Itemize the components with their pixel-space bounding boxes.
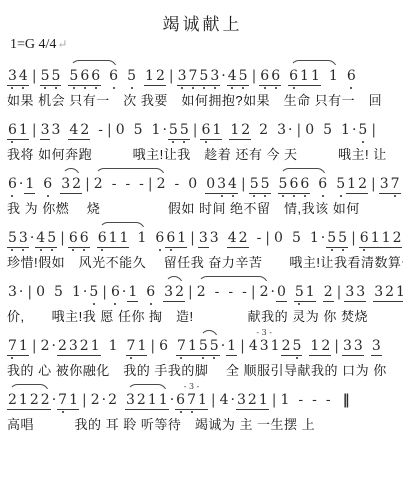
beam-group: 3753 xyxy=(177,68,221,86)
note: 2 xyxy=(57,338,68,354)
note: 4 xyxy=(227,176,238,192)
note: 2 xyxy=(281,338,292,354)
note: 1 xyxy=(18,392,29,408)
note: 3 xyxy=(344,284,355,300)
beam-group: 3 xyxy=(371,338,382,356)
note: 6 xyxy=(154,230,165,246)
note: 2 xyxy=(323,284,334,300)
note: 4 xyxy=(219,392,230,408)
note: 5 xyxy=(68,68,79,84)
barline: | xyxy=(29,68,40,84)
beam-group: 71 xyxy=(126,338,148,356)
beam-group: 37 xyxy=(379,176,401,194)
note: 5 xyxy=(238,68,249,84)
music-line: 2122·71|2·23211·671|4·321|1---‖ xyxy=(7,379,398,417)
note: 1 xyxy=(136,230,147,246)
notation-system: 61|3342-|051·55|611223·|051·5| 我将 如何奔跑 哦… xyxy=(7,109,398,162)
note: - xyxy=(256,230,263,246)
note: 2 xyxy=(79,122,90,138)
note: 3 xyxy=(163,284,174,300)
slur-group: 3211 xyxy=(125,392,169,410)
beam-group: 12 xyxy=(144,68,166,86)
beam-group: 53 xyxy=(7,230,29,248)
note: 6 xyxy=(175,392,186,408)
slur-group: 2---|2 xyxy=(93,176,167,192)
slur-group: 5666 xyxy=(278,176,329,194)
beam-group: 71 xyxy=(176,338,198,356)
note: 5 xyxy=(198,338,209,354)
note: - xyxy=(311,392,318,408)
song-title: 竭诚献上 xyxy=(7,10,398,35)
beam-group: 55 xyxy=(40,68,62,86)
note: 2 xyxy=(196,284,207,300)
note: 1 xyxy=(309,230,320,246)
note: 2 xyxy=(71,176,82,192)
triplet-group: 431 xyxy=(248,338,281,354)
beam-group: 1 xyxy=(24,176,35,194)
note: - xyxy=(325,392,332,408)
barline: | xyxy=(293,122,304,138)
beam-group: 42 xyxy=(227,230,249,248)
beam-group: 25 xyxy=(281,338,303,356)
note: 5 xyxy=(46,230,57,246)
note: 2 xyxy=(136,392,147,408)
lyrics-line: 珍惜!假如 风光不能久 留任我 奋力辛苦 哦主!让我看清数算代 xyxy=(7,255,398,270)
beam-group: 32 xyxy=(163,284,185,302)
beam-group: 611 xyxy=(288,68,321,86)
beam-group: 1 xyxy=(226,338,237,356)
beam-group: 55 xyxy=(198,338,220,356)
beam-group: 55 xyxy=(168,122,190,140)
note: 2 xyxy=(107,392,118,408)
barline: | xyxy=(208,392,219,408)
note: 5 xyxy=(292,338,303,354)
note: 0 xyxy=(187,176,198,192)
note: 0 xyxy=(273,230,284,246)
note: 2 xyxy=(258,122,269,138)
note: 3 xyxy=(50,122,61,138)
note: 1 xyxy=(127,284,138,300)
note: 5 xyxy=(179,122,190,138)
note: 1 xyxy=(346,176,357,192)
beam-group: 671 xyxy=(175,392,208,410)
note: 7 xyxy=(188,68,199,84)
note: 6 xyxy=(7,122,18,138)
beam-group: 71 xyxy=(7,338,29,356)
beam-group: 0 xyxy=(276,284,287,302)
note: 6 xyxy=(270,68,281,84)
note: 7 xyxy=(186,392,197,408)
note: 3 xyxy=(342,338,353,354)
note: 3 xyxy=(68,338,79,354)
slur-group: 6111 xyxy=(97,230,148,248)
note: 6 xyxy=(165,230,176,246)
note: 0 xyxy=(35,284,46,300)
beam-group: 3211 xyxy=(125,392,169,410)
barline: | xyxy=(348,230,359,246)
beam-group: 12 xyxy=(309,338,331,356)
note: 6 xyxy=(79,68,90,84)
note: 1 xyxy=(147,392,158,408)
note: 1 xyxy=(24,176,35,192)
slur-group: 5666 xyxy=(68,68,119,86)
beam-group: 51 xyxy=(294,284,316,302)
note: - xyxy=(297,392,304,408)
note: 6 xyxy=(108,68,119,84)
beam-group: 34 xyxy=(7,68,29,86)
beam-group: 611 xyxy=(97,230,130,248)
note: 1 xyxy=(370,230,381,246)
beam-group: 2321 xyxy=(57,338,101,356)
note: 3 xyxy=(7,68,18,84)
note: 1 xyxy=(340,122,351,138)
note: · xyxy=(287,122,293,138)
barline: | xyxy=(238,176,249,192)
note: 6 xyxy=(145,284,156,300)
note: 2 xyxy=(90,392,101,408)
note: 1 xyxy=(151,122,162,138)
note: 1 xyxy=(144,68,155,84)
note: 4 xyxy=(35,230,46,246)
note: 1 xyxy=(108,338,119,354)
score: 34|555666512|3753·45|6661116 如果 机会 只有一 次… xyxy=(7,55,398,432)
note: - xyxy=(111,176,118,192)
triplet-group: 671 xyxy=(175,392,208,410)
note: 7 xyxy=(57,392,68,408)
beam-group: 33 xyxy=(344,284,366,302)
beam-group: 66 xyxy=(68,230,90,248)
note: 3 xyxy=(209,230,220,246)
barline: | xyxy=(29,122,40,138)
note: 1 xyxy=(381,230,392,246)
note: - xyxy=(241,284,248,300)
note: · xyxy=(18,284,24,300)
beam-group: 61 xyxy=(7,122,29,140)
beam-group: 3 xyxy=(198,230,209,248)
beam-group: 034 xyxy=(205,176,238,194)
note: 3 xyxy=(379,176,390,192)
barline: | xyxy=(166,68,177,84)
note: 5 xyxy=(278,176,289,192)
barline: | xyxy=(147,338,158,354)
barline: | xyxy=(24,284,35,300)
note: 4 xyxy=(227,230,238,246)
beam-group: 45 xyxy=(35,230,57,248)
note: 6 xyxy=(359,230,370,246)
note: 1 xyxy=(136,338,147,354)
note: - xyxy=(227,284,234,300)
note: 1 xyxy=(108,230,119,246)
note: 5 xyxy=(209,338,220,354)
note: 6 xyxy=(7,176,18,192)
note: 7 xyxy=(176,338,187,354)
note: 5 xyxy=(294,284,305,300)
beam-group: 32 xyxy=(60,176,82,194)
note: 1 xyxy=(176,230,187,246)
beam-group: 12 xyxy=(229,122,251,140)
barline: | xyxy=(248,284,259,300)
note: 5 xyxy=(337,230,348,246)
note: 2 xyxy=(40,392,51,408)
note: 6 xyxy=(288,176,299,192)
barline: | xyxy=(262,230,273,246)
note: 1 xyxy=(229,122,240,138)
lyrics-line: 我将 如何奔跑 哦主!让我 趁着 还有 今 天 哦主! 让 xyxy=(7,147,398,162)
note: 3 xyxy=(355,284,366,300)
note: 3 xyxy=(276,122,287,138)
slur-group: 55 xyxy=(198,338,220,356)
barline: | xyxy=(57,230,68,246)
key-signature-text: 1=G 4/4 xyxy=(10,37,56,52)
note: 2 xyxy=(79,338,90,354)
note: 4 xyxy=(248,338,259,354)
note: 6 xyxy=(346,68,357,84)
note: 6 xyxy=(317,176,328,192)
note: 7 xyxy=(126,338,137,354)
note: 4 xyxy=(227,68,238,84)
note: 2 xyxy=(93,176,104,192)
beam-group: 321 xyxy=(236,392,269,410)
note: - xyxy=(124,176,131,192)
notation-system: 3·|051·5|6·1632|2---|2·0512|3332122· 价, … xyxy=(7,271,398,324)
music-line: 71|2·2321171|67155·1|4312512|333 xyxy=(7,325,398,363)
note: 0 xyxy=(115,122,126,138)
note: 3 xyxy=(60,176,71,192)
beam-group: 45 xyxy=(227,68,249,86)
note: 3 xyxy=(177,68,188,84)
note: 6 xyxy=(158,338,169,354)
music-line: 3·|051·5|6·1632|2---|2·0512|3332122· xyxy=(7,271,398,309)
slur-group: 2122 xyxy=(7,392,51,410)
note: 1 xyxy=(211,122,222,138)
note: 1 xyxy=(299,68,310,84)
note: 3 xyxy=(373,284,384,300)
lyrics-line: 我的 心 被你融化 我的 手我的脚 全 顺服引导献我的 口为 你 xyxy=(7,363,398,378)
barline: | xyxy=(368,122,379,138)
note: 2 xyxy=(7,392,18,408)
note: 1 xyxy=(270,338,281,354)
barline: | xyxy=(187,230,198,246)
note: 5 xyxy=(7,230,18,246)
note: 4 xyxy=(18,68,29,84)
beam-group: 61 xyxy=(200,122,222,140)
note: 5 xyxy=(133,122,144,138)
beam-group: 3212 xyxy=(373,284,403,302)
beam-group: 42 xyxy=(68,122,90,140)
lyrics-line: 价, 哦主!我 愿 任你 掏 造! 献我的 灵为 你 焚烧 xyxy=(7,309,398,324)
note: 5 xyxy=(198,68,209,84)
notation-system: 2122·71|2·23211·671|4·321|1---‖ 高唱 我的 耳 … xyxy=(7,379,398,432)
slur-group: 32 xyxy=(163,284,185,302)
beam-group: 1 xyxy=(127,284,138,302)
beam-group: 55 xyxy=(249,176,271,194)
note: 2 xyxy=(384,284,395,300)
note: 3 xyxy=(371,338,382,354)
note: 1 xyxy=(119,230,130,246)
note: 3 xyxy=(353,338,364,354)
notation-system: 34|555666512|3753·45|6661116 如果 机会 只有一 次… xyxy=(7,55,398,108)
note: 6 xyxy=(299,176,310,192)
note: 6 xyxy=(200,122,211,138)
note: 2 xyxy=(259,284,270,300)
barline: | xyxy=(237,338,248,354)
lyrics-line: 高唱 我的 耳 聆 听等待 竭诚为 主 一生摆 上 xyxy=(7,417,398,432)
barline: | xyxy=(334,284,345,300)
note: 1 xyxy=(279,392,290,408)
note: - xyxy=(214,284,221,300)
key-signature: 1=G 4/4↵ xyxy=(10,37,398,53)
slur-group: 6111 xyxy=(288,68,339,86)
music-line: 6·1632|2---|2-0034|555666512|37 xyxy=(7,163,398,201)
note: 6 xyxy=(68,230,79,246)
beam-group: 33 xyxy=(342,338,364,356)
note: 0 xyxy=(205,176,216,192)
note: 2 xyxy=(392,230,403,246)
beam-group: 12 xyxy=(346,176,368,194)
note: 3 xyxy=(209,68,220,84)
slur-group: 32 xyxy=(60,176,82,194)
note: 3 xyxy=(216,176,227,192)
beam-group: 566 xyxy=(68,68,101,86)
beam-group: 71 xyxy=(57,392,79,410)
note: 6 xyxy=(97,230,108,246)
note: 0 xyxy=(304,122,315,138)
barline: | xyxy=(145,176,156,192)
note: 1 xyxy=(328,68,339,84)
music-line: 53·45|666111661|3342-|051·55|61122 xyxy=(7,217,398,255)
note: 1 xyxy=(18,122,29,138)
barline: | xyxy=(79,392,90,408)
note: 6 xyxy=(42,176,53,192)
note: 2 xyxy=(240,122,251,138)
notation-system: 53·45|666111661|3342-|051·55|61122 珍惜!假如… xyxy=(7,217,398,270)
note: 5 xyxy=(249,176,260,192)
note: 2 xyxy=(357,176,368,192)
barline: | xyxy=(368,176,379,192)
note: 5 xyxy=(40,68,51,84)
beam-group: 61 xyxy=(165,230,187,248)
note: 5 xyxy=(357,122,368,138)
beam-group: 6112 xyxy=(359,230,403,248)
lyrics-line: 如果 机会 只有一 次 我要 如何拥抱?如果 生命 只有一 回 xyxy=(7,93,398,108)
note: 4 xyxy=(68,122,79,138)
barline: | xyxy=(249,68,260,84)
note: - xyxy=(97,122,104,138)
note: 7 xyxy=(390,176,401,192)
sheet-music-page: 竭诚献上 1=G 4/4↵ 34|555666512|3753·45|66611… xyxy=(7,10,398,432)
note: 6 xyxy=(79,230,90,246)
note: 2 xyxy=(247,392,258,408)
note: 1 xyxy=(310,68,321,84)
note: 6 xyxy=(259,68,270,84)
note: 5 xyxy=(53,284,64,300)
note: 1 xyxy=(158,392,169,408)
note: - xyxy=(174,176,181,192)
note: 5 xyxy=(326,230,337,246)
note: 1 xyxy=(187,338,198,354)
note: - xyxy=(138,176,145,192)
slur-group: 2---|2 xyxy=(196,284,270,300)
note: 5 xyxy=(88,284,99,300)
note: 6 xyxy=(110,284,121,300)
final-barline: ‖ xyxy=(339,392,351,408)
note: 1 xyxy=(309,338,320,354)
barline: | xyxy=(99,284,110,300)
note: 5 xyxy=(168,122,179,138)
note: 1 xyxy=(68,392,79,408)
lyrics-line: 我 为 你燃 烧 假如 时间 绝不留 情,我该 如何 xyxy=(7,201,398,216)
note: 3 xyxy=(125,392,136,408)
beam-group: 566 xyxy=(278,176,311,194)
barline: | xyxy=(29,338,40,354)
beam-group: 2122 xyxy=(7,392,51,410)
note: 5 xyxy=(260,176,271,192)
note: 5 xyxy=(322,122,333,138)
note: 2 xyxy=(29,392,40,408)
note: 3 xyxy=(198,230,209,246)
beam-group: 2 xyxy=(323,284,334,302)
barline: | xyxy=(190,122,201,138)
note: 1 xyxy=(90,338,101,354)
note: 6 xyxy=(90,68,101,84)
barline: | xyxy=(269,392,280,408)
note: 2 xyxy=(174,284,185,300)
note: 1 xyxy=(258,392,269,408)
note: 3 xyxy=(259,338,270,354)
note: 1 xyxy=(71,284,82,300)
note: 1 xyxy=(395,284,403,300)
barline: | xyxy=(104,122,115,138)
note: 1 xyxy=(226,338,237,354)
note: 3 xyxy=(7,284,18,300)
note: 1 xyxy=(197,392,208,408)
note: 2 xyxy=(156,176,167,192)
note: 2 xyxy=(238,230,249,246)
note: 5 xyxy=(291,230,302,246)
beam-group: 66 xyxy=(259,68,281,86)
note: 3 xyxy=(236,392,247,408)
note: 1 xyxy=(305,284,316,300)
note: 2 xyxy=(40,338,51,354)
note: 6 xyxy=(288,68,299,84)
paragraph-return-mark: ↵ xyxy=(56,37,67,51)
beam-group: 55 xyxy=(326,230,348,248)
note: 1 xyxy=(18,338,29,354)
note: 3 xyxy=(40,122,51,138)
notation-system: 71|2·2321171|67155·1|4312512|333 我的 心 被你… xyxy=(7,325,398,378)
beam-group: 3 xyxy=(40,122,51,140)
note: 5 xyxy=(50,68,61,84)
note: 3 xyxy=(18,230,29,246)
barline: | xyxy=(331,338,342,354)
note: 2 xyxy=(320,338,331,354)
note: 7 xyxy=(7,338,18,354)
note: 0 xyxy=(276,284,287,300)
note: 5 xyxy=(126,68,137,84)
music-line: 61|3342-|051·55|611223·|051·5| xyxy=(7,109,398,147)
note: 2 xyxy=(155,68,166,84)
barline: | xyxy=(82,176,93,192)
note: 5 xyxy=(335,176,346,192)
barline: | xyxy=(185,284,196,300)
music-line: 34|555666512|3753·45|6661116 xyxy=(7,55,398,93)
notation-system: 6·1632|2---|2-0034|555666512|37 我 为 你燃 烧… xyxy=(7,163,398,216)
